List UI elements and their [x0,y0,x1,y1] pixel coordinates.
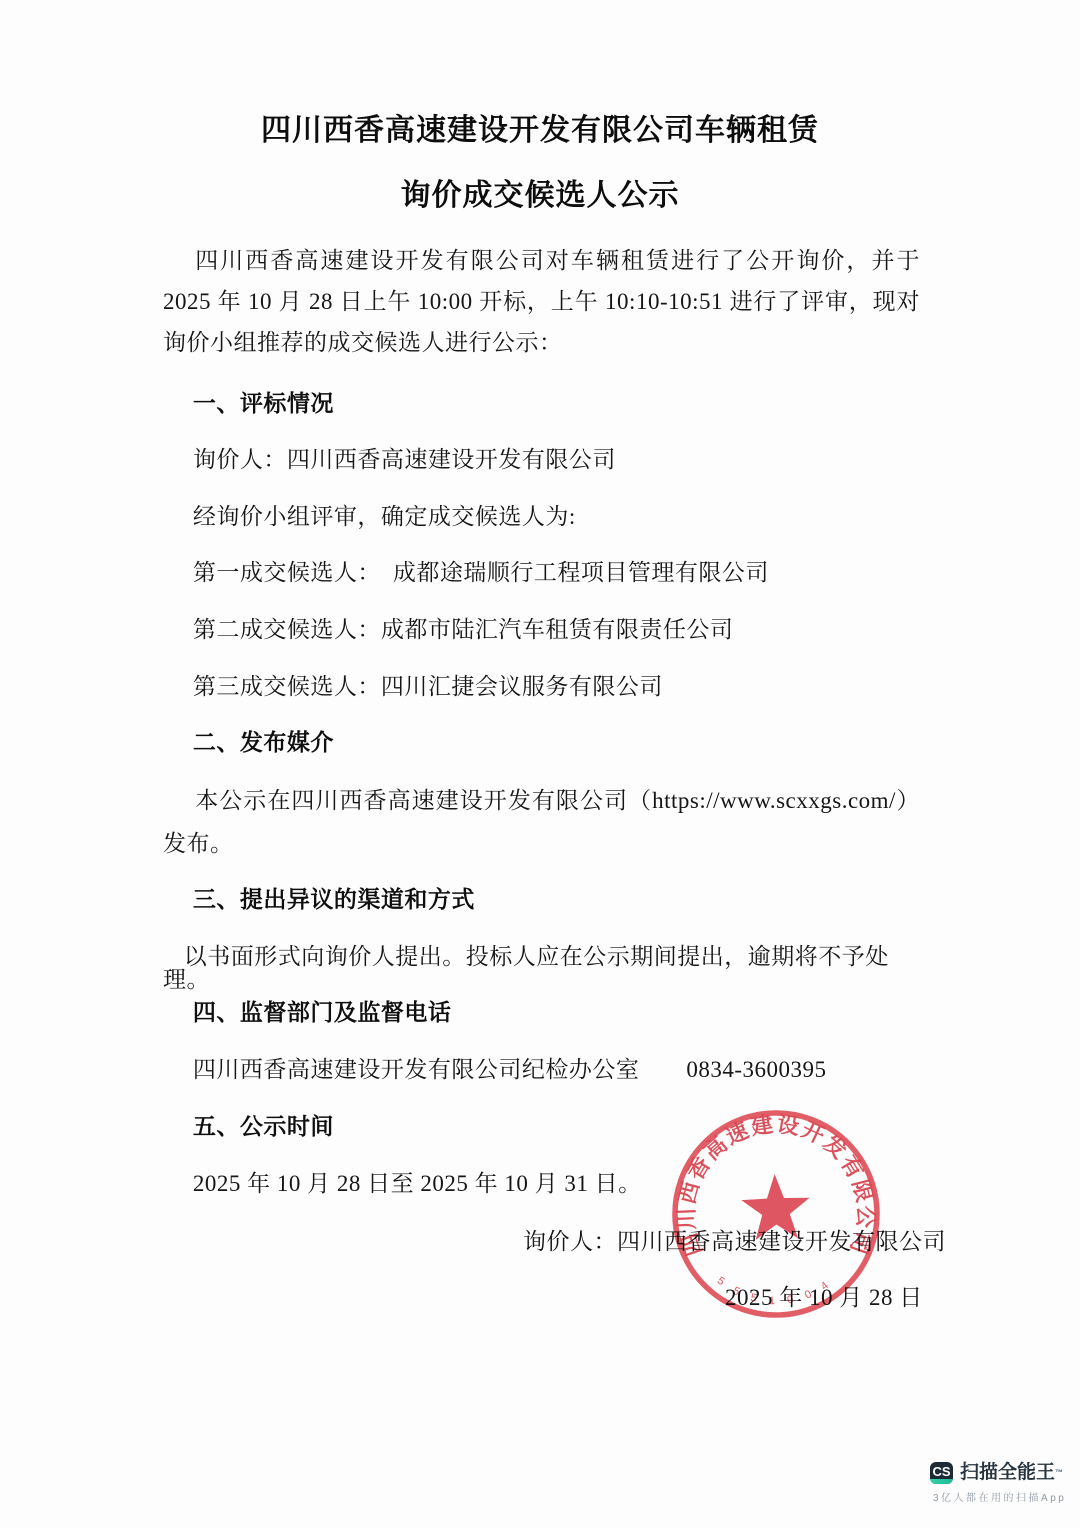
candidate-2-line: 第二成交候选人：成都市陆汇汽车租赁有限责任公司 [163,618,920,641]
section1-heading: 一、评标情况 [163,392,920,415]
cs-badge-letters: CS [930,1463,953,1480]
candidate-3-line: 第三成交候选人：四川汇捷会议服务有限公司 [163,675,920,698]
intro-paragraph: 四川西香高速建设开发有限公司对车辆租赁进行了公开询价，并于 2025 年 10 … [163,240,920,363]
camscanner-logo-icon: CS [930,1462,953,1484]
cs-badge-accent-bar [930,1479,953,1484]
app-name-text: 扫描全能王 [960,1462,1055,1483]
seal-star-icon [740,1173,811,1240]
camscanner-tagline: 3亿人都在用的扫描App [933,1489,1070,1504]
section4-heading: 四、监督部门及监督电话 [163,1001,920,1024]
publish-media-paragraph: 本公示在四川西香高速建设开发有限公司（https://www.scxxgs.co… [163,779,920,865]
trademark-symbol: ™ [1055,1468,1063,1477]
camscanner-watermark: CS 扫描全能王™ 3亿人都在用的扫描App [930,1462,1070,1504]
review-result-line: 经询价小组评审，确定成交候选人为: [163,505,920,528]
document-title-line1: 四川西香高速建设开发有限公司车辆租赁 [0,114,1080,148]
section2-heading: 二、发布媒介 [163,731,920,754]
inquirer-line: 询价人：四川西香高速建设开发有限公司 [163,448,920,471]
scanned-document-page: 四川西香高速建设开发有限公司车辆租赁 询价成交候选人公示 四川西香高速建设开发有… [0,0,1080,1528]
document-title-line2: 询价成交候选人公示 [0,179,1080,213]
company-seal-stamp: 四川西香高速建设开发有限公司 5551004 [660,1094,892,1334]
candidate-1-line: 第一成交候选人： 成都途瑞顺行工程项目管理有限公司 [163,561,920,584]
camscanner-app-name: 扫描全能王™ [960,1462,1063,1484]
section3-heading: 三、提出异议的渠道和方式 [163,888,920,911]
objection-paragraph: 以书面形式向询价人提出。投标人应在公示期间提出，逾期将不予处理。 [163,945,920,991]
supervision-office-line: 四川西香高速建设开发有限公司纪检办公室 0834-3600395 [163,1058,920,1081]
